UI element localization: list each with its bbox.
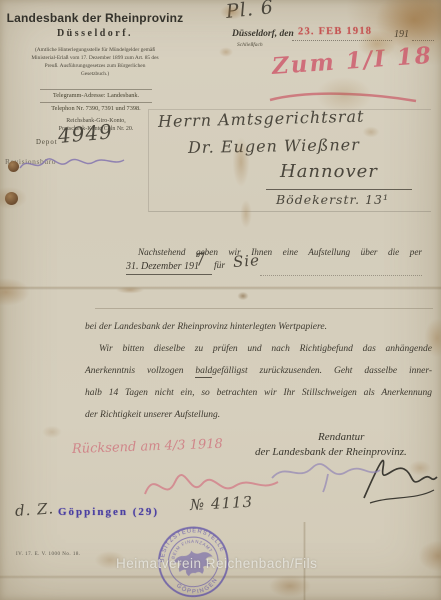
letterhead-divider	[40, 102, 152, 103]
body-line: Anerkenntnis vollzogen baldgefälligst zu…	[85, 360, 432, 382]
horizontal-fold-crease	[0, 286, 441, 290]
letterhead-city: Düsseldorf.	[6, 28, 184, 39]
goeppingen-location-stamp: Göppingen (29)	[58, 506, 159, 518]
body-line: der Richtigkeit unserer Aufstellung.	[85, 404, 432, 426]
letterhead-bank-name: Landesbank der Rheinprovinz	[6, 11, 184, 25]
recipient-city-underline	[266, 189, 412, 190]
body-line: bei der Landesbank der Rheinprovinz hint…	[85, 316, 432, 338]
place-and-date-label: Düsseldorf, den	[232, 29, 294, 39]
intro-fuer-printed: für	[214, 261, 225, 271]
red-pencil-underline-flourish	[268, 90, 418, 104]
photo-watermark: Heimatverein Reichenbach/Fils	[116, 556, 317, 571]
body-paragraph: bei der Landesbank der Rheinprovinz hint…	[85, 316, 432, 426]
file-note-handwritten: Pl. 6	[225, 0, 275, 23]
printed-form-number: IV. 17. E. V. 1000 No. 18.	[16, 552, 81, 557]
red-pencil-note: Zum 1/I 18	[271, 42, 434, 80]
intro-fuer-handwritten: Sie	[232, 251, 260, 271]
punch-hole	[5, 192, 18, 205]
underlined-word: bald	[195, 366, 212, 378]
body-line-segment: gefälligst zurückzusenden. Geht dasselbe…	[212, 366, 432, 376]
depot-number-handwritten: 4949	[57, 119, 114, 148]
purple-pencil-scribble	[268, 452, 383, 494]
body-line: Wir bitten dieselbe zu prüfen und nach R…	[85, 338, 432, 360]
date-stamp-red: 23. FEB 1918	[298, 26, 372, 38]
date-fill-line	[412, 39, 434, 41]
date-fill-line	[292, 39, 392, 41]
depot-label: Depot	[36, 139, 58, 146]
purple-pencil-scribble	[18, 152, 128, 178]
intro-sentence: Nachstehend geben wir Ihnen eine Aufstel…	[138, 247, 422, 257]
body-line: halb 14 Tagen nicht ein, so betrachten w…	[85, 382, 432, 404]
letterhead-telegram-address: Telegramm-Adresse: Landesbank.	[10, 92, 182, 99]
recipient-name: Dr. Eugen Wießner	[188, 135, 360, 157]
body-line-segment: Anerkenntnis vollzogen	[85, 366, 195, 376]
fill-in-line	[260, 274, 422, 276]
handwritten-initials: d. Z.	[14, 499, 54, 520]
punch-hole	[8, 161, 19, 172]
printed-year: 191	[394, 29, 409, 40]
handwritten-reference-number: № 4113	[190, 493, 254, 514]
faint-rule-line	[95, 308, 433, 309]
schliessfach-label: Schließfach	[237, 42, 263, 48]
red-pencil-return-note: Rücksend am 4/3 1918	[72, 437, 223, 457]
scanned-letter-page: Landesbank der Rheinprovinz Düsseldorf. …	[0, 0, 441, 600]
letterhead-legal-note: (Amtliche Hinterlegungsstelle für Mündel…	[30, 46, 160, 78]
letterhead-divider	[40, 89, 152, 90]
recipient-city: Hannover	[280, 161, 378, 182]
recipient-street: Bödekerstr. 13¹	[276, 192, 389, 207]
closing-department: Rendantur	[318, 431, 364, 443]
